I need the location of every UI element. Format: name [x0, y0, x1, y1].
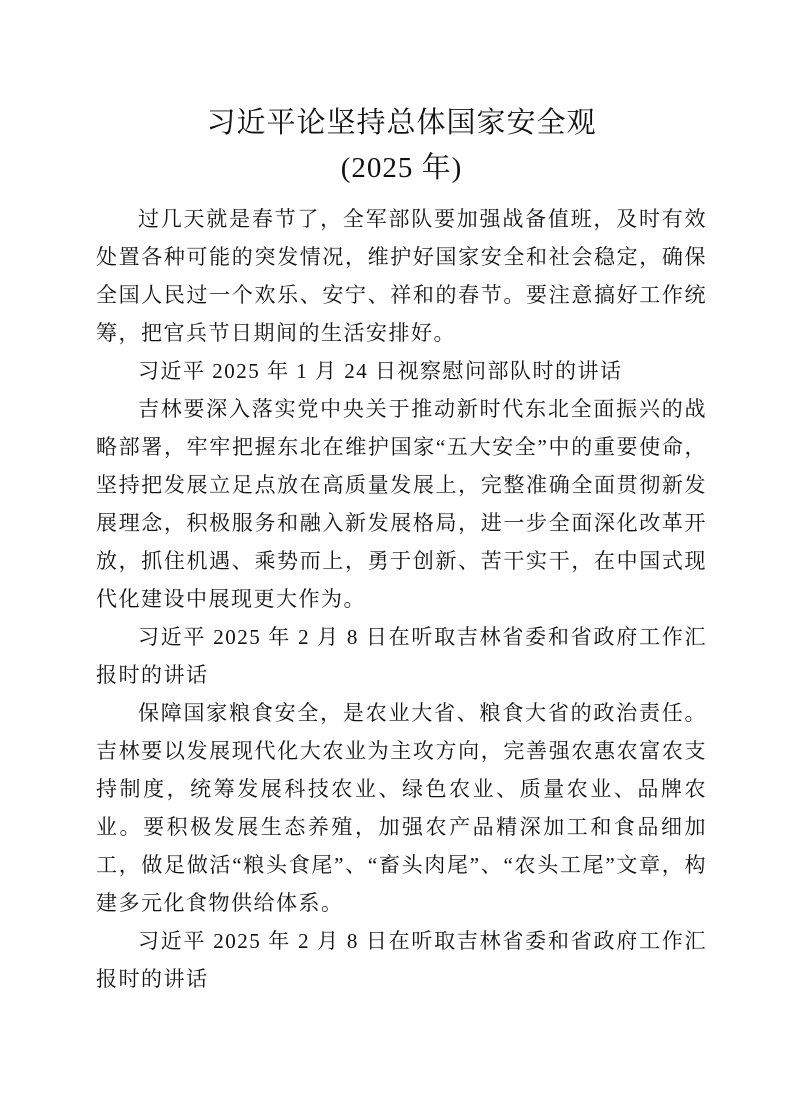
document-body: 过几天就是春节了，全军部队要加强战备值班，及时有效处置各种可能的突发情况，维护好…	[96, 200, 707, 998]
citation-1: 习近平 2025 年 1 月 24 日视察慰问部队时的讲话	[96, 352, 707, 390]
quote-paragraph-3: 保障国家粮食安全，是农业大省、粮食大省的政治责任。吉林要以发展现代化大农业为主攻…	[96, 694, 707, 922]
citation-2: 习近平 2025 年 2 月 8 日在听取吉林省委和省政府工作汇报时的讲话	[96, 618, 707, 694]
document-page: 习近平论坚持总体国家安全观 (2025 年) 过几天就是春节了，全军部队要加强战…	[0, 0, 790, 1118]
quote-paragraph-1: 过几天就是春节了，全军部队要加强战备值班，及时有效处置各种可能的突发情况，维护好…	[96, 200, 707, 352]
citation-3: 习近平 2025 年 2 月 8 日在听取吉林省委和省政府工作汇报时的讲话	[96, 922, 707, 998]
document-subtitle: (2025 年)	[96, 146, 707, 190]
document-title: 习近平论坚持总体国家安全观	[96, 100, 707, 146]
quote-paragraph-2: 吉林要深入落实党中央关于推动新时代东北全面振兴的战略部署，牢牢把握东北在维护国家…	[96, 390, 707, 618]
